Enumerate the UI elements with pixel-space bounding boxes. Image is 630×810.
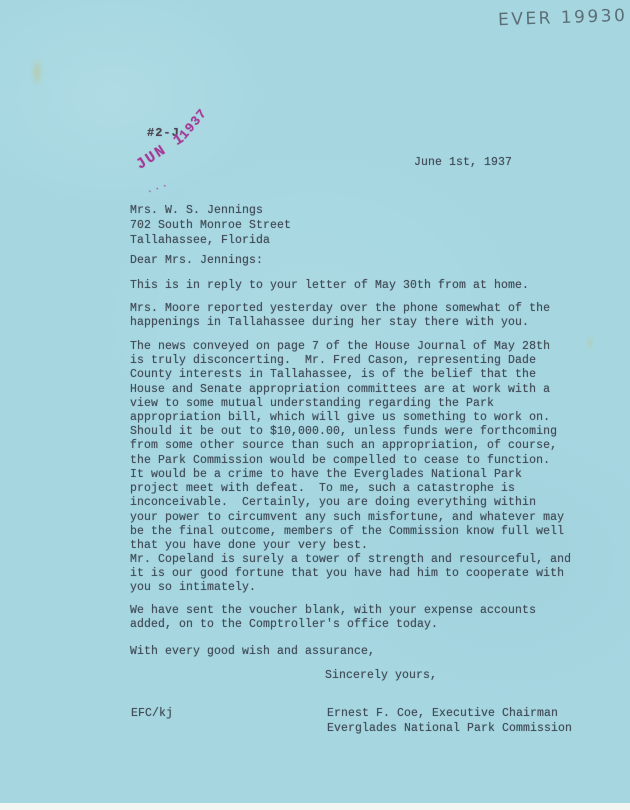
paragraph-1: This is in reply to your letter of May 3… — [130, 279, 529, 293]
paragraph-4: It would be a crime to have the Everglad… — [130, 468, 564, 553]
catalog-number-annotation: EVER 19930 — [498, 6, 628, 31]
paragraph-6: We have sent the voucher blank, with you… — [130, 604, 536, 632]
date-stamp-dots: ... — [145, 178, 171, 197]
paper-stain — [28, 52, 46, 92]
paragraph-5: Mr. Copeland is surely a tower of streng… — [130, 553, 571, 596]
paper-stain — [584, 330, 596, 356]
letter-date: June 1st, 1937 — [414, 156, 512, 170]
scanned-letter: EVER 19930 #2-J 1937 JUN 1 ... June 1st,… — [0, 0, 630, 810]
signature-block: Ernest F. Coe, Executive Chairman Evergl… — [327, 707, 572, 736]
reference-initials: EFC/kj — [131, 707, 173, 721]
salutation: Dear Mrs. Jennings: — [130, 254, 263, 268]
paragraph-2: Mrs. Moore reported yesterday over the p… — [130, 302, 550, 330]
recipient-address: Mrs. W. S. Jennings 702 South Monroe Str… — [130, 203, 291, 248]
paragraph-7: With every good wish and assurance, — [130, 645, 375, 659]
paragraph-3: The news conveyed on page 7 of the House… — [130, 340, 557, 468]
letter-paper: EVER 19930 #2-J 1937 JUN 1 ... June 1st,… — [0, 0, 630, 803]
complimentary-closing: Sincerely yours, — [325, 669, 437, 683]
